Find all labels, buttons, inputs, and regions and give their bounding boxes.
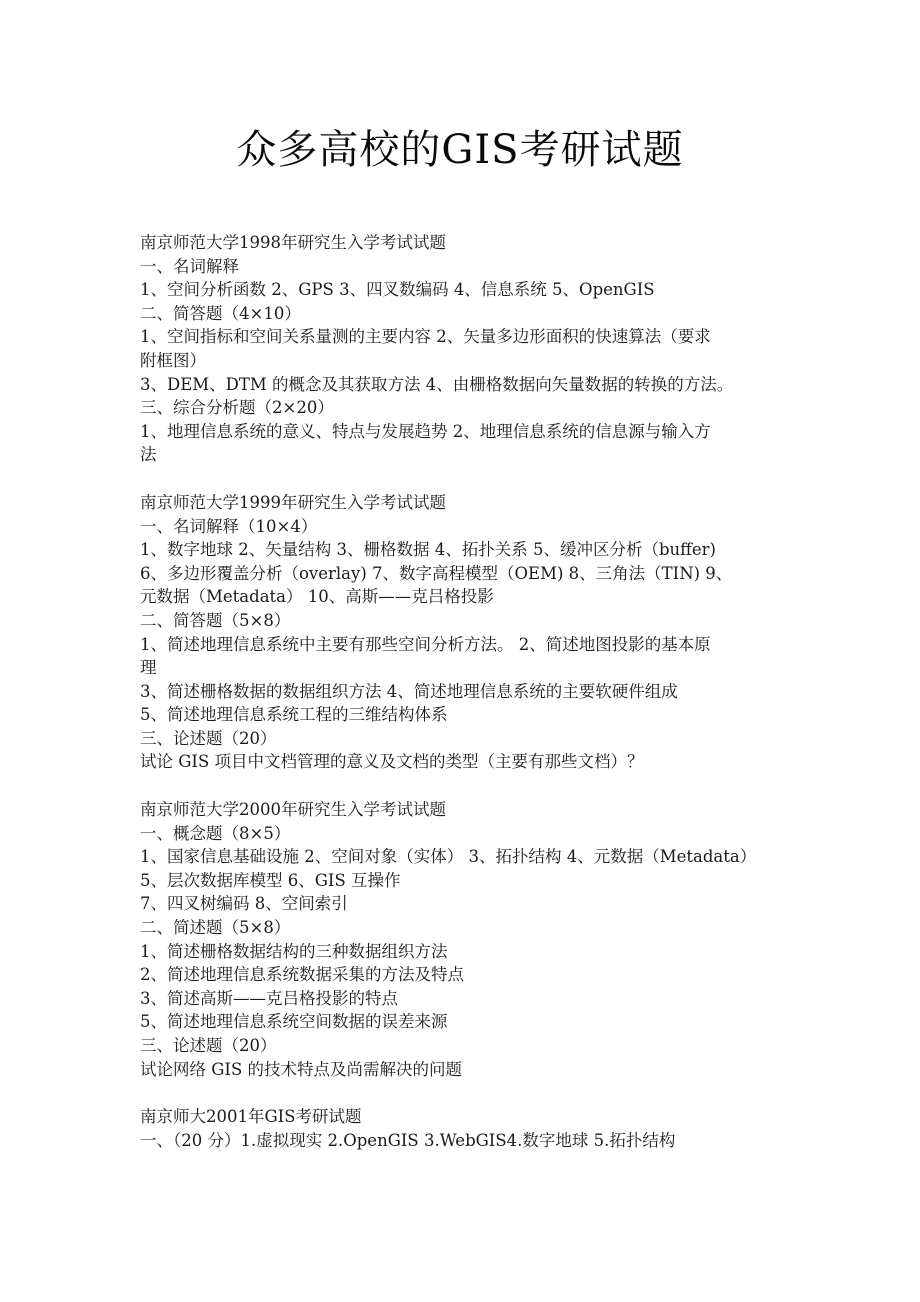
document-body: 南京师范大学1998年研究生入学考试试题 一、名词解释 1、空间分析函数 2、G… bbox=[140, 231, 790, 1176]
question-line: 1、空间指标和空间关系量测的主要内容 2、矢量多边形面积的快速算法（要求 bbox=[140, 325, 790, 349]
question-line: 5、层次数据库模型 6、GIS 互操作 bbox=[140, 869, 790, 893]
question-line: 一、（20 分）1.虚拟现实 2.OpenGIS 3.WebGIS4.数字地球 … bbox=[140, 1129, 790, 1153]
part-heading: 一、名词解释（10×4） bbox=[140, 515, 790, 539]
question-line: 1、空间分析函数 2、GPS 3、四叉数编码 4、信息系统 5、OpenGIS bbox=[140, 278, 790, 302]
part-heading: 三、论述题（20） bbox=[140, 727, 790, 751]
section-heading: 南京师范大学1999年研究生入学考试试题 bbox=[140, 491, 790, 515]
exam-section-1998: 南京师范大学1998年研究生入学考试试题 一、名词解释 1、空间分析函数 2、G… bbox=[140, 231, 790, 467]
part-heading: 一、概念题（8×5） bbox=[140, 822, 790, 846]
question-line: 试论网络 GIS 的技术特点及尚需解决的问题 bbox=[140, 1058, 790, 1082]
question-line: 6、多边形覆盖分析（overlay) 7、数字高程模型（OEM) 8、三角法（T… bbox=[140, 562, 790, 586]
question-line: 1、国家信息基础设施 2、空间对象（实体） 3、拓扑结构 4、元数据（Metad… bbox=[140, 845, 790, 869]
question-line: 1、简述栅格数据结构的三种数据组织方法 bbox=[140, 940, 790, 964]
question-line: 附框图） bbox=[140, 349, 790, 373]
question-line: 3、DEM、DTM 的概念及其获取方法 4、由栅格数据向矢量数据的转换的方法。 bbox=[140, 373, 790, 397]
question-line: 法 bbox=[140, 443, 790, 467]
section-heading: 南京师范大学1998年研究生入学考试试题 bbox=[140, 231, 790, 255]
document-page: 众多高校的GIS考研试题 南京师范大学1998年研究生入学考试试题 一、名词解释… bbox=[0, 0, 920, 1302]
question-line: 5、简述地理信息系统空间数据的误差来源 bbox=[140, 1010, 790, 1034]
part-heading: 二、简述题（5×8） bbox=[140, 916, 790, 940]
question-line: 理 bbox=[140, 656, 790, 680]
exam-section-1999: 南京师范大学1999年研究生入学考试试题 一、名词解释（10×4） 1、数字地球… bbox=[140, 491, 790, 774]
document-title: 众多高校的GIS考研试题 bbox=[0, 122, 920, 178]
question-line: 1、数字地球 2、矢量结构 3、栅格数据 4、拓扑关系 5、缓冲区分析（buff… bbox=[140, 538, 790, 562]
section-heading: 南京师大2001年GIS考研试题 bbox=[140, 1105, 790, 1129]
section-heading: 南京师范大学2000年研究生入学考试试题 bbox=[140, 798, 790, 822]
exam-section-2000: 南京师范大学2000年研究生入学考试试题 一、概念题（8×5） 1、国家信息基础… bbox=[140, 798, 790, 1081]
part-heading: 三、论述题（20） bbox=[140, 1034, 790, 1058]
question-line: 2、简述地理信息系统数据采集的方法及特点 bbox=[140, 963, 790, 987]
question-line: 元数据（Metadata） 10、高斯——克吕格投影 bbox=[140, 585, 790, 609]
question-line: 5、简述地理信息系统工程的三维结构体系 bbox=[140, 703, 790, 727]
part-heading: 二、简答题（4×10） bbox=[140, 302, 790, 326]
question-line: 3、简述高斯——克吕格投影的特点 bbox=[140, 987, 790, 1011]
question-line: 7、四叉树编码 8、空间索引 bbox=[140, 892, 790, 916]
part-heading: 一、名词解释 bbox=[140, 255, 790, 279]
question-line: 3、简述栅格数据的数据组织方法 4、简述地理信息系统的主要软硬件组成 bbox=[140, 680, 790, 704]
question-line: 试论 GIS 项目中文档管理的意义及文档的类型（主要有那些文档）？ bbox=[140, 750, 790, 774]
exam-section-2001: 南京师大2001年GIS考研试题 一、（20 分）1.虚拟现实 2.OpenGI… bbox=[140, 1105, 790, 1152]
question-line: 1、简述地理信息系统中主要有那些空间分析方法。 2、简述地图投影的基本原 bbox=[140, 633, 790, 657]
part-heading: 二、简答题（5×8） bbox=[140, 609, 790, 633]
part-heading: 三、综合分析题（2×20） bbox=[140, 396, 790, 420]
question-line: 1、地理信息系统的意义、特点与发展趋势 2、地理信息系统的信息源与输入方 bbox=[140, 420, 790, 444]
